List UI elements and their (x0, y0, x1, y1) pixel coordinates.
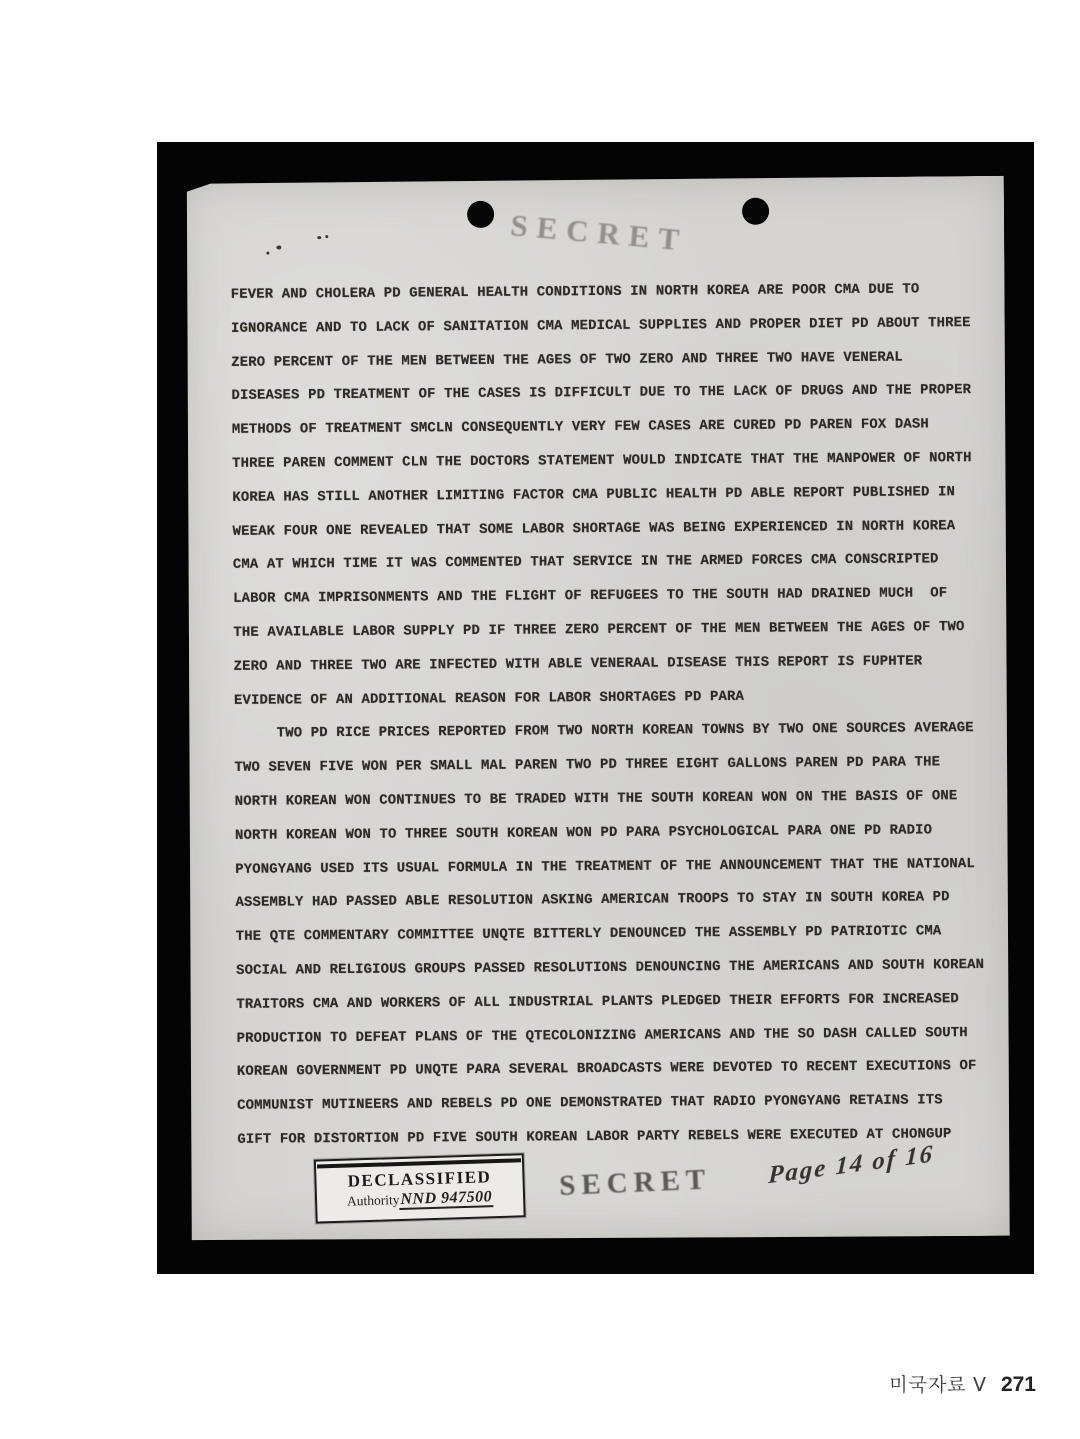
typed-line: SOCIAL AND RELIGIOUS GROUPS PASSED RESOL… (236, 949, 996, 989)
document-paper: SECRET FEVER AND CHOLERA PD GENERAL HEAL… (182, 176, 1012, 1242)
authority-value: NND 947500 (399, 1188, 493, 1210)
authority-label: Authority (347, 1192, 400, 1209)
typed-text-body: FEVER AND CHOLERA PD GENERAL HEALTH COND… (231, 273, 998, 1158)
ink-speck (266, 251, 270, 255)
declassified-stamp: DECLASSIFIED AuthorityNND 947500 (314, 1153, 526, 1223)
typed-line: NORTH KOREAN WON TO THREE SOUTH KOREAN W… (235, 814, 995, 854)
punch-hole-right (742, 198, 769, 225)
typed-line: TRAITORS CMA AND WORKERS OF ALL INDUSTRI… (236, 983, 996, 1023)
secret-stamp-top: SECRET (503, 207, 695, 260)
ink-speck (276, 245, 281, 249)
typed-line: THREE PAREN COMMENT CLN THE DOCTORS STAT… (232, 442, 992, 482)
book-footer: 미국자료 Ⅴ 271 (889, 1370, 1036, 1397)
ink-speck (317, 236, 321, 239)
typed-line: THE AVAILABLE LABOR SUPPLY PD IF THREE Z… (233, 611, 993, 651)
book-page: SECRET FEVER AND CHOLERA PD GENERAL HEAL… (0, 0, 1080, 1439)
ink-speck (325, 235, 328, 238)
typed-line: IGNORANCE AND TO LACK OF SANITATION CMA … (231, 307, 991, 347)
footer-page-number: 271 (1001, 1373, 1036, 1397)
typed-line: FEVER AND CHOLERA PD GENERAL HEALTH COND… (231, 273, 991, 313)
scan-background: SECRET FEVER AND CHOLERA PD GENERAL HEAL… (157, 142, 1034, 1274)
typed-line: NORTH KOREAN WON CONTINUES TO BE TRADED … (235, 780, 995, 820)
secret-stamp-bottom: SECRET (547, 1163, 723, 1203)
typed-line: KOREA HAS STILL ANOTHER LIMITING FACTOR … (232, 476, 992, 516)
punch-hole-left (467, 201, 494, 228)
typed-line: ZERO AND THREE TWO ARE INFECTED WITH ABL… (234, 645, 994, 685)
footer-label: 미국자료 Ⅴ (889, 1370, 987, 1397)
